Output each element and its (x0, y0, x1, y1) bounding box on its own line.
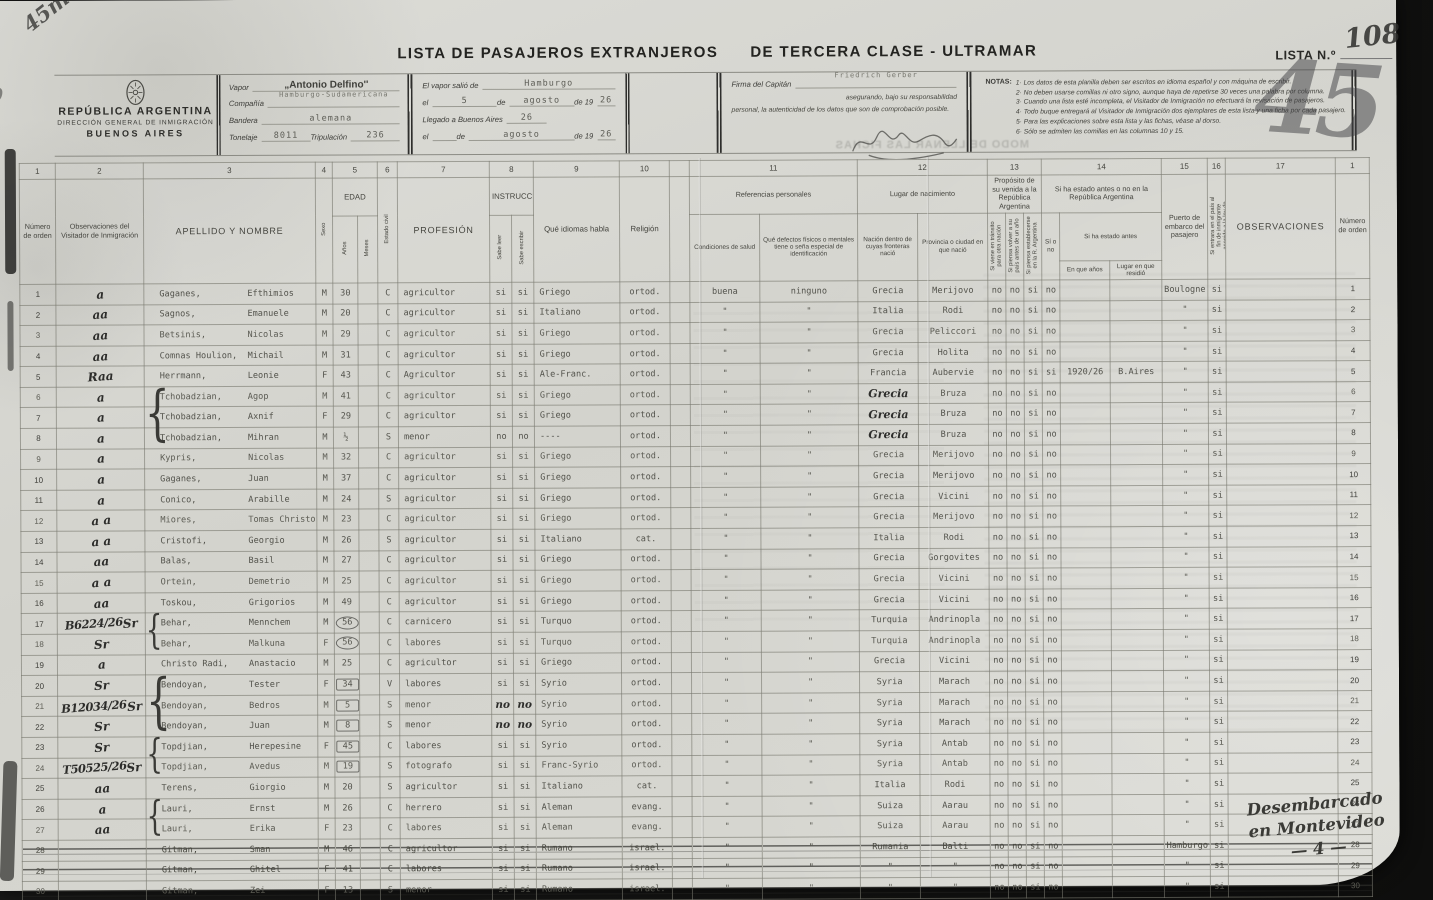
cell-obs17 (1226, 402, 1336, 423)
cell-p3: si (1025, 568, 1043, 589)
cell-spacer (672, 735, 692, 756)
cell-profesion: agricultor (400, 777, 492, 798)
cell-n2: 2 (1336, 299, 1370, 320)
cell-p2: no (1008, 733, 1026, 754)
cell-p1: no (989, 630, 1007, 651)
cell-p3: si (1026, 712, 1044, 733)
cell-enanos (1062, 856, 1112, 877)
cell-religion: ortod. (620, 385, 670, 406)
cell-p1: no (989, 465, 1007, 486)
cell-p3: si (1025, 651, 1043, 672)
cell-n2: 16 (1337, 587, 1371, 608)
cell-p1: no (988, 280, 1006, 301)
cell-lugarres (1112, 774, 1164, 795)
cell-profesion: agricultor (399, 529, 491, 550)
passenger-table: 1234 567 8910 1112 1314 1516171 Número d… (19, 157, 1373, 900)
cell-estado: C (379, 653, 399, 674)
cell-leer: si (492, 859, 514, 880)
cell-anos: 30 (333, 283, 358, 304)
cell-name: Gitman,Zei (146, 880, 318, 900)
cell-lugarres (1110, 321, 1162, 342)
cell-obs17 (1227, 567, 1337, 588)
cell-idiomas: Italiano (535, 529, 621, 550)
cell-nacion: " (860, 857, 920, 878)
cell-obs: aa (56, 346, 144, 367)
family-brace: { (146, 674, 171, 728)
cell-defectos: " (762, 693, 860, 714)
cell-obs17 (1228, 711, 1338, 732)
cell-n2: 6 (1336, 381, 1370, 402)
cell-n2: 10 (1337, 464, 1371, 485)
col-meses: Meses (358, 215, 378, 282)
col-orden-right: Número de orden (1335, 174, 1369, 279)
cell-anos: 25 (334, 571, 359, 592)
cell-sino: no (1044, 774, 1062, 795)
cell-religion: israel. (622, 858, 672, 879)
cell-obs17 (1227, 505, 1337, 526)
cell-estado: C (380, 859, 400, 880)
cell-sexo: M (317, 489, 334, 510)
col-nacion: Nación dentro de cuyas fronteras nació (858, 213, 918, 281)
cell-anos: 20 (335, 777, 360, 798)
cell-leer: si (492, 756, 514, 777)
cell-n2: 14 (1337, 546, 1371, 567)
cell-nacion: Grecia (859, 486, 919, 507)
cell-anos: 8 (335, 715, 360, 736)
cell-escribir: si (513, 467, 535, 488)
cell-profesion: labores (399, 632, 491, 653)
cell-nacion: Francia (858, 363, 918, 384)
cell-p1: no (989, 568, 1007, 589)
cell-defectos: " (761, 590, 859, 611)
cell-enanos (1060, 383, 1110, 404)
cell-sexo: M (318, 757, 335, 778)
col-religion: Religión (619, 177, 669, 282)
cell-obs: B6224/26 Sr (57, 613, 145, 634)
cell-p1: no (988, 383, 1006, 404)
cell-anos: 26 (335, 798, 360, 819)
cell-obs: aa (56, 325, 144, 346)
cell-p3: si (1026, 877, 1044, 898)
lista-number-handwritten: 45 (1251, 45, 1380, 153)
llegado-label: Llegado a Buenos Aires (422, 115, 502, 124)
cell-anos: 41 (335, 860, 360, 881)
cell-meses (359, 633, 379, 654)
cell-leer: si (490, 303, 512, 324)
cell-puerto: " (1162, 320, 1208, 341)
cell-escribir: no (512, 426, 534, 447)
cell-anos: 49 (334, 592, 359, 613)
cell-p2: no (1007, 465, 1025, 486)
cell-lugarres (1112, 732, 1164, 753)
cell-n2: 12 (1337, 505, 1371, 526)
col-si-ha-estado: Si ha estado antes (1060, 212, 1162, 261)
cell-p2: no (1007, 568, 1025, 589)
cell-escribir: si (513, 529, 535, 550)
cell-escribir: si (514, 838, 536, 859)
cell-n2: 4 (1336, 340, 1370, 361)
cell-profesion: herrero (400, 797, 492, 818)
cell-p1: no (989, 589, 1007, 610)
cell-anos: 34 (335, 674, 360, 695)
cell-p2: no (1007, 507, 1025, 528)
cell-n2: 21 (1338, 690, 1372, 711)
cell-p1: no (988, 424, 1006, 445)
cell-p2: no (1007, 651, 1025, 672)
cell-meses (360, 736, 380, 757)
cell-leer: si (491, 591, 513, 612)
header-boxes: REPÚBLICA ARGENTINA DIRECCIÓN GENERAL DE… (54, 69, 1356, 157)
cell-p3: si (1026, 754, 1044, 775)
cell-sexo: M (316, 304, 333, 325)
cell-puerto: " (1162, 423, 1208, 444)
cell-profesion: carnicero (399, 612, 491, 633)
cell-lugarres: B.Aires (1110, 362, 1162, 383)
cell-meses (359, 592, 379, 613)
cell-sexo: M (317, 571, 334, 592)
cell-meses (359, 551, 379, 572)
table-header: 1234 567 8910 1112 1314 1516171 Número d… (19, 158, 1370, 285)
salio-month: agosto (509, 96, 574, 107)
cell-nacion: Syria (860, 672, 920, 693)
cell-anos: 23 (334, 509, 359, 530)
cell-p3: si (1025, 465, 1043, 486)
col-referencias: Referencias personales (689, 176, 857, 214)
cell-religion: ortod. (622, 714, 672, 735)
cell-meses (358, 406, 378, 427)
cell-enanos (1062, 671, 1112, 692)
cell-profesion: menor (400, 694, 492, 715)
cell-c16: si (1210, 794, 1228, 815)
cell-obs: a (57, 490, 145, 511)
cell-obs: Sr (58, 737, 146, 758)
cell-sino: no (1044, 877, 1062, 898)
cell-c16: si (1209, 650, 1227, 671)
cell-sexo: M (316, 324, 333, 345)
cell-p3: si (1025, 609, 1043, 630)
cell-meses (359, 468, 379, 489)
cell-meses (360, 674, 380, 695)
cell-sexo: M (316, 345, 333, 366)
cell-n: 28 (22, 840, 58, 861)
cell-religion: ortod. (620, 426, 670, 447)
cell-puerto: " (1164, 712, 1210, 733)
cell-obs: a (56, 428, 144, 449)
cell-c16: si (1210, 753, 1228, 774)
cell-puerto: " (1164, 773, 1210, 794)
cell-name: {Tchobadzian,Agop (144, 386, 316, 407)
cell-estado: C (379, 468, 399, 489)
cell-sino: no (1043, 548, 1061, 569)
cell-p1: no (990, 816, 1008, 837)
cell-name: {Topdjian,Herepesine (146, 736, 318, 757)
cell-p3: si (1024, 280, 1042, 301)
cell-puerto: " (1163, 506, 1209, 527)
cell-salud: " (692, 878, 762, 899)
cell-n: 21 (22, 696, 58, 717)
cell-sino: no (1044, 856, 1062, 877)
cell-p1: no (990, 692, 1008, 713)
cell-n: 4 (20, 346, 56, 367)
cell-sino: no (1042, 300, 1060, 321)
de19-label: de 19 (574, 131, 593, 140)
cell-escribir: si (513, 632, 535, 653)
salio-label: El vapor salió de (422, 81, 478, 90)
cell-nacion: Grecia (858, 425, 918, 446)
cell-spacer (672, 796, 692, 817)
cell-n: 11 (21, 490, 57, 511)
cell-puerto: " (1163, 629, 1209, 650)
cell-enanos (1060, 280, 1110, 301)
cell-spacer (671, 652, 691, 673)
cell-obs17 (1227, 546, 1337, 567)
cell-anos: 23 (335, 818, 360, 839)
cell-anos: 31 (333, 345, 358, 366)
cell-name: Gaganes,Efthimios (144, 283, 316, 304)
cell-obs: a a (57, 510, 145, 531)
col-defectos: Qué defectos físicos o mentales tiene o … (760, 213, 858, 281)
cell-puerto: " (1162, 300, 1208, 321)
cell-religion: ortod. (622, 735, 672, 756)
col-en-anos: En que años (1060, 261, 1110, 280)
cell-obs17 (1227, 588, 1337, 609)
cell-n: 24 (22, 758, 58, 779)
cell-lugarres (1111, 527, 1163, 548)
cell-defectos: " (762, 672, 860, 693)
cell-sexo: M (318, 798, 335, 819)
cell-p3: si (1025, 548, 1043, 569)
cell-nacion: Grecia (859, 466, 919, 487)
cell-p2: no (1008, 712, 1026, 733)
cell-sexo: M (317, 551, 334, 572)
cell-anos: 27 (334, 551, 359, 572)
cell-obs: Sr (57, 634, 145, 655)
cell-nacion: Grecia (859, 569, 919, 590)
cell-religion: israel. (622, 879, 672, 900)
cell-defectos: " (762, 796, 860, 817)
cell-spacer (670, 323, 690, 344)
cell-p2: no (1007, 445, 1025, 466)
cell-name: {Bendoyan,Tester (146, 674, 318, 695)
cell-puerto: " (1162, 403, 1208, 424)
cell-estado: C (378, 345, 398, 366)
cell-sexo: M (318, 715, 335, 736)
cell-defectos: " (760, 404, 858, 425)
cell-sexo: M (316, 386, 333, 407)
cell-nacion: Syria (860, 734, 920, 755)
cell-puerto: " (1162, 382, 1208, 403)
cell-lugarres (1111, 588, 1163, 609)
cell-n: 29 (22, 861, 58, 882)
cell-idiomas: Aleman (536, 797, 622, 818)
cell-p2: no (1007, 548, 1025, 569)
cell-anos: 41 (333, 386, 358, 407)
cell-n2: 15 (1337, 567, 1371, 588)
cell-c16: si (1209, 444, 1227, 465)
cell-escribir: si (514, 859, 536, 880)
cell-n: 27 (22, 820, 58, 841)
cell-sino: no (1043, 568, 1061, 589)
lleg-day-over: 26 (507, 113, 547, 124)
cell-meses (360, 695, 380, 716)
cell-c16: si (1210, 691, 1228, 712)
cell-sexo: F (317, 633, 334, 654)
cell-nacion: Syria (860, 754, 920, 775)
cell-lugarres (1111, 650, 1163, 671)
cell-obs17 (1228, 876, 1338, 897)
cell-estado: C (380, 798, 400, 819)
cell-obs17 (1227, 649, 1337, 670)
cell-defectos: ninguno (760, 281, 858, 302)
cell-meses (359, 448, 379, 469)
cell-sexo: M (317, 448, 334, 469)
cell-c16: si (1210, 856, 1228, 877)
cell-meses (359, 509, 379, 530)
cell-escribir: si (514, 797, 536, 818)
cell-leer: si (492, 879, 514, 900)
cell-sino: no (1043, 527, 1061, 548)
cell-idiomas: Turquo (535, 611, 621, 632)
cell-p1: no (988, 404, 1006, 425)
cell-spacer (671, 446, 691, 467)
cell-nacion: Grecia (858, 404, 918, 425)
cell-estado: C (379, 550, 399, 571)
cell-obs17 (1226, 423, 1336, 444)
cell-name: Tchobadzian,Axnif (144, 407, 316, 428)
cell-sexo: M (317, 510, 334, 531)
cell-defectos: " (761, 487, 859, 508)
cell-lugarres (1110, 424, 1162, 445)
cell-p2: no (1008, 877, 1026, 898)
cell-spacer (671, 549, 691, 570)
cell-profesion: labores (400, 818, 492, 839)
cell-lugarres (1111, 506, 1163, 527)
cell-n: 2 (20, 305, 56, 326)
cell-sexo: F (318, 736, 335, 757)
cell-lugarres (1111, 629, 1163, 650)
cell-estado: C (378, 386, 398, 407)
cell-enanos (1062, 691, 1112, 712)
cell-leer: si (491, 632, 513, 653)
cell-p1: no (989, 486, 1007, 507)
cell-idiomas: Griego (535, 591, 621, 612)
cell-obs: a (57, 655, 145, 676)
cell-spacer (671, 487, 691, 508)
cell-c16: si (1209, 629, 1227, 650)
cell-lugarres (1112, 712, 1164, 733)
cell-c16: si (1208, 341, 1226, 362)
cell-idiomas: Griego (535, 549, 621, 570)
cell-p1: no (989, 507, 1007, 528)
cell-obs: aa (58, 778, 146, 799)
cell-p1: no (989, 527, 1007, 548)
cell-escribir: si (512, 323, 534, 344)
cell-n: 25 (22, 778, 58, 799)
cell-sino: no (1044, 815, 1062, 836)
col-prop3: Si piensa establecerse en la R. Argentin… (1024, 213, 1042, 280)
cell-obs (58, 840, 146, 861)
cell-leer: si (490, 365, 512, 386)
cell-p2: no (1008, 774, 1026, 795)
cell-escribir: si (514, 818, 536, 839)
cell-c16: si (1208, 361, 1226, 382)
cell-sino: no (1044, 692, 1062, 713)
cell-idiomas: Syrio (536, 714, 622, 735)
tonelaje-label: Tonelaje (229, 133, 257, 142)
cell-p1: no (990, 671, 1008, 692)
cell-anos: 26 (334, 530, 359, 551)
bandera-value: alemana (262, 113, 400, 125)
cell-n: 6 (20, 387, 56, 408)
org-city: BUENOS AIRES (55, 128, 217, 139)
cell-meses (360, 798, 380, 819)
cell-defectos: " (760, 301, 858, 322)
cell-meses (359, 612, 379, 633)
col-observaciones-visitador: Observaciones del Visitador de Inmigraci… (55, 179, 143, 284)
cell-spacer (670, 384, 690, 405)
cell-defectos: " (762, 754, 860, 775)
cell-defectos: " (762, 713, 860, 734)
cell-profesion: Agricultor (398, 365, 490, 386)
cell-n: 1 (20, 284, 56, 305)
cell-leer: si (491, 612, 513, 633)
cell-idiomas: Turquo (535, 632, 621, 653)
cell-p2: no (1006, 321, 1024, 342)
cell-escribir: no (514, 715, 536, 736)
salio-day: 5 (432, 96, 497, 107)
cell-n2: 7 (1336, 402, 1370, 423)
cell-n: 20 (22, 675, 58, 696)
cell-profesion: agricultor (398, 385, 490, 406)
cell-defectos: " (761, 569, 859, 590)
cell-p1: no (990, 795, 1008, 816)
cell-c16: si (1210, 815, 1228, 836)
cell-religion: cat. (621, 529, 671, 550)
cell-sino: no (1042, 321, 1060, 342)
cell-obs: aa (56, 304, 144, 325)
cell-meses (360, 715, 380, 736)
col-si-o-no: Sí o no (1042, 212, 1060, 279)
cell-defectos: " (760, 425, 858, 446)
cell-p2: no (1007, 527, 1025, 548)
cell-p2: no (1008, 754, 1026, 775)
cell-estado: C (378, 406, 398, 427)
cell-obs17 (1226, 320, 1336, 341)
cell-sexo: M (318, 839, 335, 860)
cell-idiomas: Griego (535, 652, 621, 673)
cell-n: 23 (22, 737, 58, 758)
cell-n: 15 (21, 573, 57, 594)
cell-name: Gitman,Ghitel (146, 860, 318, 881)
cell-spacer (670, 281, 690, 302)
cell-p1: no (989, 610, 1007, 631)
cell-spacer (670, 343, 690, 364)
cell-sexo: M (318, 695, 335, 716)
cell-p1: no (988, 301, 1006, 322)
col-orden: Número de orden (19, 179, 55, 284)
cell-enanos (1060, 341, 1110, 362)
cell-obs17 (1228, 732, 1338, 753)
cell-religion: ortod. (621, 590, 671, 611)
lleg-day (432, 131, 456, 141)
cell-profesion: agricultor (398, 344, 490, 365)
cell-obs17 (1228, 690, 1338, 711)
cell-profesion: agricultor (399, 509, 491, 530)
cell-obs17 (1227, 526, 1337, 547)
cell-lugarres (1111, 444, 1163, 465)
cell-c16: si (1208, 300, 1226, 321)
cell-obs17 (1227, 464, 1337, 485)
